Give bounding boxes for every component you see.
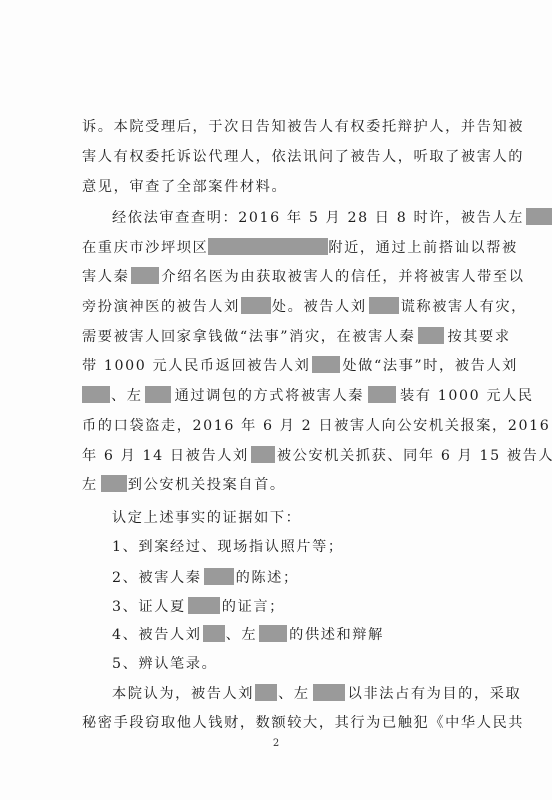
text-line: 诉。本院受理后，于次日告知被告人有权委托辩护人，并告知被 [82, 115, 512, 139]
text-line: 年 6 月 14 日被告人刘被公安机关抓获、同年 6 月 15 被告人 [82, 444, 512, 468]
text-segment: 处做“法事”时，被告人刘 [342, 358, 518, 374]
text-segment: 意见，审查了全部案件材料。 [82, 179, 287, 195]
text-segment: 本院认为，被告人刘 [112, 686, 254, 702]
redaction-block [418, 327, 444, 344]
text-segment: 的供述和辩解 [289, 627, 384, 643]
text-segment: 经依法审查查明：2016 年 5 月 28 日 8 时许，被告人左 [112, 210, 524, 226]
redaction-block [241, 297, 271, 314]
redaction-block [312, 356, 340, 373]
text-line: 秘密手段窃取他人钱财，数额较大，其行为已触犯《中华人民共 [82, 711, 512, 735]
text-segment: 通过调包的方式将被害人秦 [175, 388, 364, 404]
text-segment: 按其要求 [447, 329, 510, 345]
redaction-block [368, 386, 396, 403]
evidence-item-5: 5、辨认笔录。 [112, 652, 542, 676]
text-segment: 、左 [111, 388, 143, 404]
paragraph-start-facts: 经依法审查查明：2016 年 5 月 28 日 8 时许，被告人左 [112, 206, 542, 230]
text-segment: 1、到案经过、现场指认照片等； [112, 539, 344, 555]
text-segment: 诉。本院受理后，于次日告知被告人有权委托辩护人，并告知被 [82, 119, 524, 135]
text-line: 左到公安机关投案自首。 [82, 473, 512, 497]
text-segment: 、左 [278, 686, 310, 702]
evidence-item-2: 2、被害人秦的陈述； [112, 566, 542, 590]
page-number: 2 [0, 738, 552, 749]
text-line: 币的口袋盗走，2016 年 6 月 2 日被害人向公安机关报案，2016 [82, 414, 512, 438]
text-line: 害人秦介绍名医为由获取被害人的信任，并将被害人带至以 [82, 265, 512, 289]
text-segment: 需要被害人回家拿钱做“法事”消灾，在被害人秦 [82, 329, 415, 345]
text-line: 旁扮演神医的被告人刘处。被告人刘谎称被害人有灾， [82, 295, 512, 319]
text-segment: 旁扮演神医的被告人刘 [82, 299, 240, 315]
evidence-item-1: 1、到案经过、现场指认照片等； [112, 535, 542, 559]
document-page: 诉。本院受理后，于次日告知被告人有权委托辩护人，并告知被 害人有权委托诉讼代理人… [0, 0, 552, 800]
text-line: 带 1000 元人民币返回被告人刘处做“法事”时，被告人刘 [82, 354, 512, 378]
redaction-block [369, 297, 399, 314]
text-segment: 害人有权委托诉讼代理人，依法讯问了被告人，听取了被害人的 [82, 149, 524, 165]
redaction-block [204, 568, 234, 585]
redaction-block [313, 684, 345, 701]
text-line: 害人有权委托诉讼代理人，依法讯问了被告人，听取了被害人的 [82, 145, 512, 169]
text-segment: 处。被告人刘 [272, 299, 367, 315]
text-segment: 左 [82, 477, 98, 493]
evidence-item-4: 4、被告人刘、左的供述和辩解 [112, 623, 542, 647]
text-line: 、左通过调包的方式将被害人秦装有 1000 元人民 [82, 384, 512, 408]
redaction-block [131, 267, 159, 284]
text-segment: 秘密手段窃取他人钱财，数额较大，其行为已触犯《中华人民共 [82, 715, 524, 731]
text-segment: 认定上述事实的证据如下： [112, 510, 301, 526]
text-segment: 年 6 月 14 日被告人刘 [82, 448, 249, 464]
redaction-block [251, 446, 275, 463]
paragraph-start-opinion: 本院认为，被告人刘、左以非法占有为目的，采取 [112, 682, 542, 706]
text-segment: 介绍名医为由获取被害人的信任，并将被害人带至以 [161, 269, 524, 285]
text-segment: 到公安机关投案自首。 [128, 477, 286, 493]
text-segment: 5、辨认笔录。 [112, 656, 217, 672]
evidence-item-3: 3、证人夏的证言； [112, 595, 542, 619]
text-segment: 以非法占有为目的，采取 [348, 686, 522, 702]
text-segment: 币的口袋盗走，2016 年 6 月 2 日被害人向公安机关报案，2016 [82, 418, 550, 434]
text-segment: 在重庆市沙坪坝区 [82, 240, 208, 256]
text-line: 在重庆市沙坪坝区附近，通过上前搭讪以帮被 [82, 236, 512, 260]
text-segment: 的证言； [222, 599, 285, 615]
text-segment: 、左 [226, 627, 258, 643]
text-segment: 害人秦 [82, 269, 129, 285]
text-segment: 带 1000 元人民币返回被告人刘 [82, 358, 310, 374]
redaction-block [526, 208, 552, 225]
evidence-heading: 认定上述事实的证据如下： [112, 506, 542, 530]
redaction-block [203, 625, 225, 642]
redaction-block [208, 238, 328, 255]
text-segment: 4、被告人刘 [112, 627, 202, 643]
text-line: 需要被害人回家拿钱做“法事”消灾，在被害人秦按其要求 [82, 325, 512, 349]
redaction-block [82, 386, 110, 403]
redaction-block [259, 625, 287, 642]
text-segment: 3、证人夏 [112, 599, 186, 615]
text-segment: 被公安机关抓获、同年 6 月 15 被告人 [277, 448, 552, 464]
redaction-block [101, 475, 127, 492]
text-segment: 的陈述； [236, 570, 299, 586]
text-line: 意见，审查了全部案件材料。 [82, 175, 512, 199]
text-segment: 附近，通过上前搭讪以帮被 [328, 240, 517, 256]
text-segment: 装有 1000 元人民 [400, 388, 534, 404]
text-segment: 谎称被害人有灾， [401, 299, 527, 315]
redaction-block [188, 597, 220, 614]
text-segment: 2、被害人秦 [112, 570, 202, 586]
redaction-block [145, 386, 171, 403]
redaction-block [255, 684, 277, 701]
